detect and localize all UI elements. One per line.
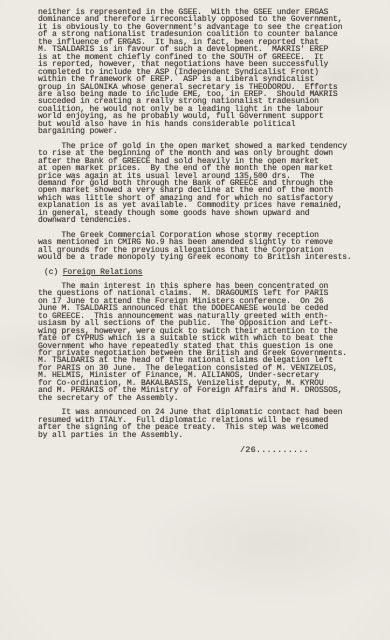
paragraph-commercial-corporation: The Greek Commercial Corporation whose s…: [38, 232, 364, 262]
section-heading-title: Foreign Relations: [63, 268, 143, 277]
page-continuation-mark: /26..........: [240, 446, 364, 454]
paragraph-gold-price: The price of gold in the open market sho…: [38, 143, 364, 225]
paragraph-italy-relations: It was announced on 24 June that diploma…: [38, 409, 364, 439]
document-page: neither is represented in the GSEE. With…: [0, 0, 390, 640]
section-heading-foreign-relations: (c) Foreign Relations: [44, 269, 364, 276]
paragraph-foreign-relations: The main interest in this sphere has bee…: [38, 283, 364, 402]
section-heading-prefix: (c): [44, 268, 63, 277]
paragraph-trade-union: neither is represented in the GSEE. With…: [38, 9, 364, 136]
